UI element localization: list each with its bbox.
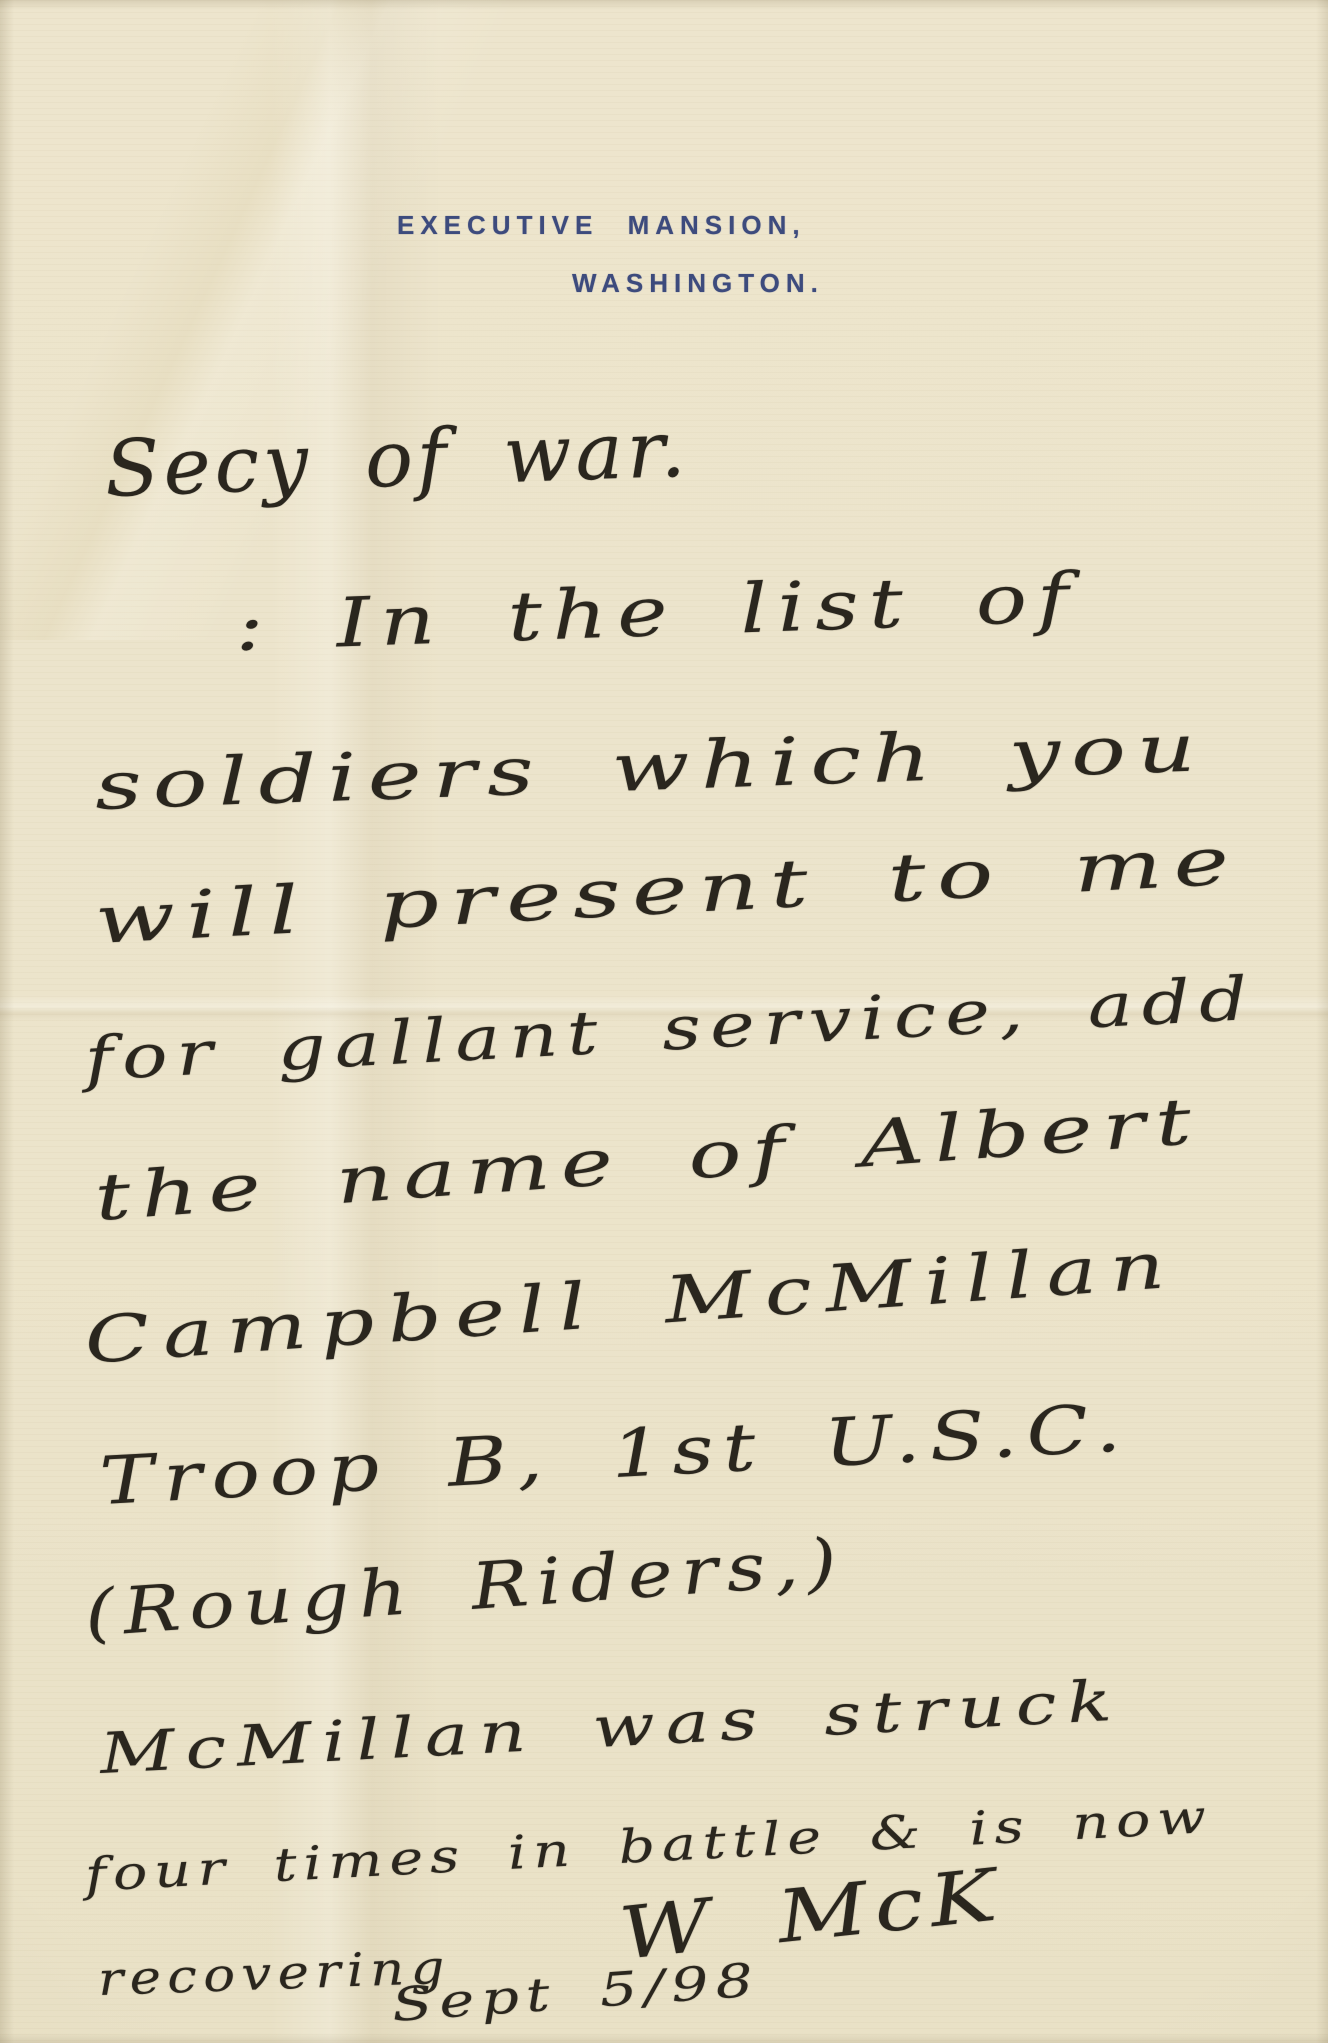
paper-edge-bottom — [0, 2033, 1328, 2043]
body-line: for gallant service, add — [83, 964, 1258, 1095]
body-line: Troop B, 1st U.S.C. — [98, 1389, 1132, 1520]
salutation-line: Secy of war. — [103, 405, 690, 515]
body-line: four times in battle & is now — [84, 1789, 1215, 1902]
body-line: (Rough Riders,) — [82, 1525, 848, 1652]
body-line: soldiers which you — [94, 709, 1208, 825]
letter-page: EXECUTIVE MANSION, WASHINGTON. Secy of w… — [0, 0, 1328, 2043]
paper-edge-right — [1316, 0, 1328, 2043]
paper-edge-left — [0, 0, 14, 2043]
body-line: Campbell McMillan — [82, 1229, 1180, 1379]
letterhead-line-executive-mansion: EXECUTIVE MANSION, — [397, 210, 806, 241]
paper-edge-top — [0, 0, 1328, 10]
letterhead-line-washington: WASHINGTON. — [572, 268, 824, 299]
body-line: McMillan was struck — [98, 1668, 1124, 1786]
body-line: : In the list of — [234, 559, 1080, 667]
paper-fold-diagonal — [0, 0, 1328, 640]
body-line: the name of Albert — [92, 1085, 1204, 1236]
body-line: will present to me — [93, 822, 1242, 959]
